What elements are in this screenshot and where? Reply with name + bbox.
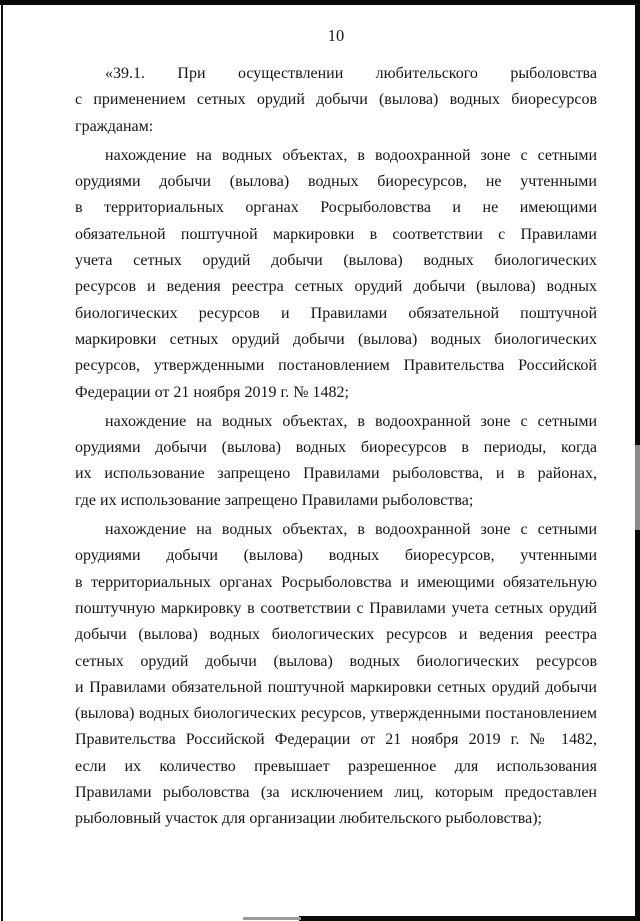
scan-border-bottom: [299, 916, 640, 921]
text-line: нахождение на водных объектах, в водоохр…: [75, 143, 597, 169]
text-line: их использование запрещено Правилами рыб…: [75, 461, 597, 487]
text-line: учета сетных орудий добычи (вылова) водн…: [75, 248, 597, 274]
text-line: маркировки сетных орудий добычи (вылова)…: [75, 327, 597, 353]
text-line: рыболовный участок для организации любит…: [75, 806, 597, 832]
text-line: ресурсов и ведения реестра сетных орудий…: [75, 274, 597, 300]
text-line: и Правилами обязательной поштучной марки…: [75, 675, 597, 701]
text-line: где их использование запрещено Правилами…: [75, 488, 597, 514]
scan-border-bottom-gray: [243, 917, 301, 920]
scan-border-left: [1, 5, 3, 921]
text-line: Правилами рыболовства (за исключением ли…: [75, 780, 597, 806]
text-line: орудиями добычи (вылова) водных биоресур…: [75, 169, 597, 195]
text-line: биологических ресурсов и Правилами обяза…: [75, 301, 597, 327]
text-line: в территориальных органах Росрыболовства…: [75, 570, 597, 596]
text-line: сетных орудий добычи (вылова) водных био…: [75, 649, 597, 675]
text-line: орудиями добычи (вылова) водных биоресур…: [75, 543, 597, 569]
paragraph-registered-gear-quantity-limit: нахождение на водных объектах, в водоохр…: [75, 517, 597, 833]
page-number: 10: [75, 26, 597, 46]
text-line: нахождение на водных объектах, в водоохр…: [75, 409, 597, 435]
text-line: орудиями добычи (вылова) водных биоресур…: [75, 435, 597, 461]
paragraph-39-1-intro: «39.1. При осуществлении любительского р…: [75, 61, 597, 140]
text-line: Федерации от 21 ноября 2019 г. № 1482;: [75, 380, 597, 406]
text-line: (вылова) водных биологических ресурсов, …: [75, 701, 597, 727]
paragraph-unmarked-gear-prohibition: нахождение на водных объектах, в водоохр…: [75, 143, 597, 406]
scan-border-right-fade: [635, 445, 640, 530]
text-line: поштучную маркировку в соответствии с Пр…: [75, 596, 597, 622]
paragraph-prohibited-periods-areas: нахождение на водных объектах, в водоохр…: [75, 409, 597, 514]
text-line: гражданам:: [75, 114, 597, 140]
text-line: обязательной поштучной маркировки в соот…: [75, 222, 597, 248]
document-body: «39.1. При осуществлении любительского р…: [75, 61, 597, 836]
text-line: нахождение на водных объектах, в водоохр…: [75, 517, 597, 543]
text-line: «39.1. При осуществлении любительского р…: [75, 61, 597, 87]
text-line: в территориальных органах Росрыболовства…: [75, 195, 597, 221]
text-line: с применением сетных орудий добычи (выло…: [75, 87, 597, 113]
text-line: Правительства Российской Федерации от 21…: [75, 727, 597, 753]
text-line: если их количество превышает разрешенное…: [75, 754, 597, 780]
text-line: добычи (вылова) водных биологических рес…: [75, 622, 597, 648]
document-page: 10 «39.1. При осуществлении любительског…: [0, 0, 640, 921]
text-line: ресурсов, утвержденными постановлением П…: [75, 353, 597, 379]
scan-border-top: [0, 0, 640, 5]
